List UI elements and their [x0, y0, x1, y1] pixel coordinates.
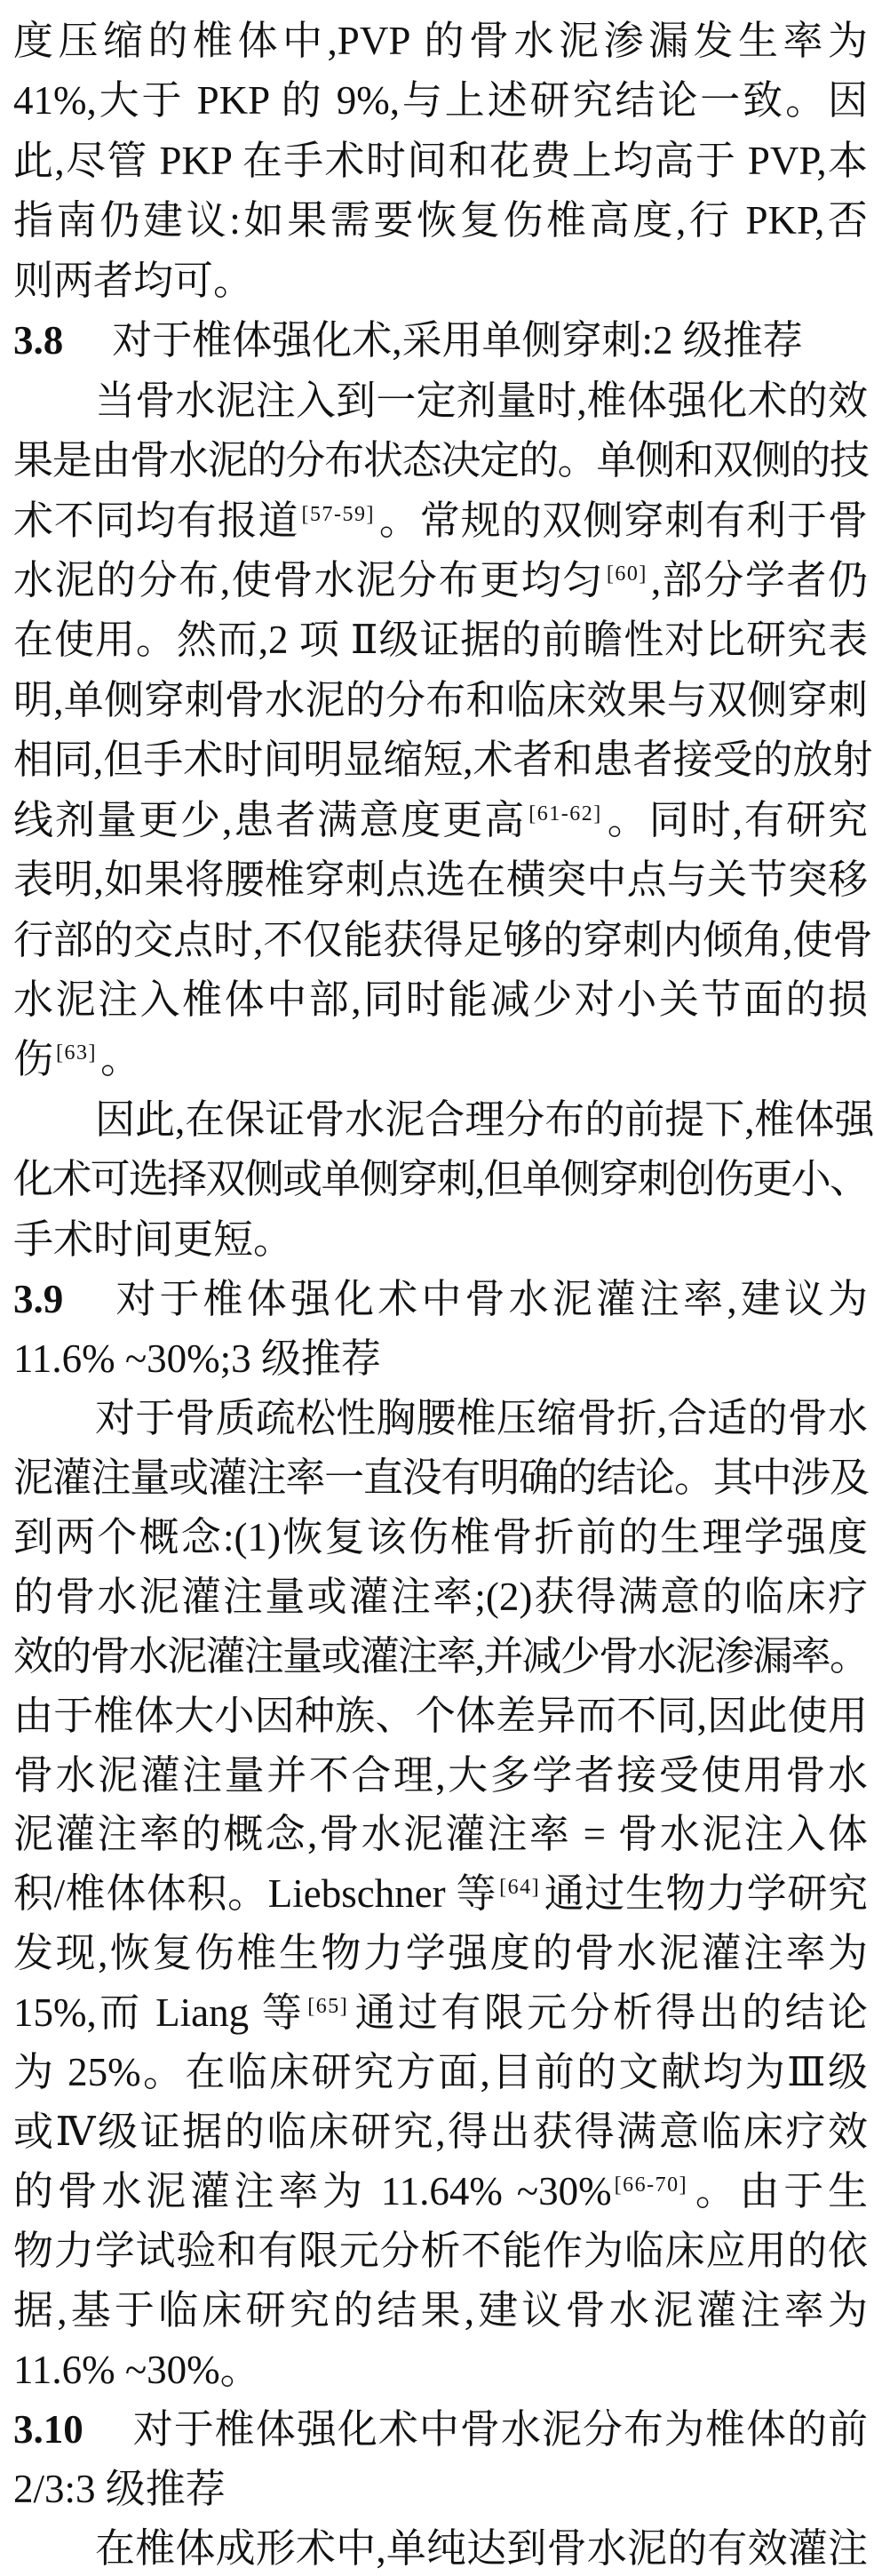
text-segment: 的骨水泥灌注率为 11.64% ~30%	[13, 2169, 612, 2213]
text-line: 到两个概念:(1)恢复该伤椎骨折前的生理学强度	[13, 1508, 868, 1567]
text-line: 度压缩的椎体中,PVP 的骨水泥渗漏发生率为	[13, 12, 868, 71]
text-segment: 术不同均有报道	[13, 498, 298, 543]
section-title-continued: 2/3:3 级推荐	[13, 2460, 868, 2519]
text-line: 因此,在保证骨水泥合理分布的前提下,椎体强	[13, 1090, 868, 1150]
section-number: 3.10	[13, 2407, 83, 2452]
text-block-upper: 度压缩的椎体中,PVP 的骨水泥渗漏发生率为 41%,大于 PKP 的 9%,与…	[13, 12, 868, 1270]
text-segment: 。	[100, 1037, 140, 1081]
text-line: 化术可选择双侧或单侧穿刺,但单侧穿刺创伤更小、	[13, 1150, 868, 1209]
text-segment: 。同时,有研究	[606, 798, 868, 842]
text-line: 骨水泥灌注量并不合理,大多学者接受使用骨水	[13, 1746, 868, 1806]
text-line: 为 25%。在临床研究方面,目前的文献均为Ⅲ级	[13, 2043, 868, 2102]
section-heading: 3.8对于椎体强化术,采用单侧穿刺:2 级推荐	[13, 311, 868, 371]
text-segment: 。常规的双侧穿刺有利于骨	[378, 498, 868, 543]
text-segment: 积/椎体体积。Liebschner 等	[13, 1871, 497, 1916]
citation-ref: [66-70]	[615, 2173, 687, 2197]
text-line: 指南仍建议:如果需要恢复伤椎高度,行 PKP,否	[13, 191, 868, 251]
text-line: 伤[63]。	[13, 1030, 868, 1089]
text-line: 泥灌注率的概念,骨水泥灌注率 = 骨水泥注入体	[13, 1805, 868, 1864]
text-segment: 通过有限元分析得出的结论	[352, 1990, 868, 2035]
continuation-paragraph: 度压缩的椎体中,PVP 的骨水泥渗漏发生率为 41%,大于 PKP 的 9%,与…	[13, 12, 868, 311]
document-page: 度压缩的椎体中,PVP 的骨水泥渗漏发生率为 41%,大于 PKP 的 9%,与…	[0, 0, 868, 2576]
text-line: 表明,如果将腰椎穿刺点选在横突中点与关节突移	[13, 850, 868, 910]
text-line: 发现,恢复伤椎生物力学强度的骨水泥灌注率为	[13, 1924, 868, 1983]
paragraph: 对于骨质疏松性胸腰椎压缩骨折,合适的骨水 泥灌注量或灌注率一直没有明确的结论。其…	[13, 1389, 868, 2400]
text-line: 在使用。然而,2 项 Ⅱ级证据的前瞻性对比研究表	[13, 610, 868, 670]
text-block-lower: 3.9对于椎体强化术中骨水泥灌注率,建议为 11.6% ~30%;3 级推荐 对…	[13, 1270, 868, 2576]
citation-ref: [60]	[607, 562, 648, 586]
paragraph: 在椎体成形术中,单纯达到骨水泥的有效灌注	[13, 2519, 868, 2576]
citation-ref: [65]	[307, 1995, 348, 2018]
section-title: 对于椎体强化术,采用单侧穿刺:2 级推荐	[112, 318, 803, 363]
section-title: 对于椎体强化术中骨水泥分布为椎体的前	[132, 2407, 868, 2452]
section-number: 3.9	[13, 1277, 63, 1321]
section-heading: 3.10对于椎体强化术中骨水泥分布为椎体的前	[13, 2400, 868, 2460]
text-segment: 通过生物力学研究	[544, 1871, 868, 1916]
text-line: 线剂量更少,患者满意度更高[61-62]。同时,有研究	[13, 791, 868, 850]
text-line: 术不同均有报道[57-59]。常规的双侧穿刺有利于骨	[13, 491, 868, 551]
text-line: 在椎体成形术中,单纯达到骨水泥的有效灌注	[13, 2519, 868, 2576]
citation-ref: [63]	[56, 1041, 97, 1065]
text-line: 相同,但手术时间明显缩短,术者和患者接受的放射	[13, 730, 868, 790]
text-line: 物力学试验和有限元分析不能作为临床应用的依	[13, 2221, 868, 2281]
text-line: 水泥注入椎体中部,同时能减少对小关节面的损	[13, 970, 868, 1030]
text-segment: 15%,而 Liang 等	[13, 1990, 305, 2035]
text-line: 对于骨质疏松性胸腰椎压缩骨折,合适的骨水	[13, 1389, 868, 1448]
text-line: 此,尽管 PKP 在手术时间和花费上均高于 PVP,本	[13, 132, 868, 191]
text-line: 15%,而 Liang 等[65]通过有限元分析得出的结论	[13, 1983, 868, 2043]
text-line: 泥灌注量或灌注率一直没有明确的结论。其中涉及	[13, 1448, 868, 1508]
text-segment: 线剂量更少,患者满意度更高	[13, 798, 526, 842]
text-line: 11.6% ~30%。	[13, 2341, 868, 2400]
section-heading: 3.9对于椎体强化术中骨水泥灌注率,建议为	[13, 1270, 868, 1329]
text-line: 的骨水泥灌注率为 11.64% ~30%[66-70]。由于生	[13, 2162, 868, 2221]
text-segment: 。由于生	[691, 2169, 868, 2213]
text-line: 或Ⅳ级证据的临床研究,得出获得满意临床疗效	[13, 2102, 868, 2162]
text-segment: 伤	[13, 1037, 53, 1081]
text-segment: ,部分学者仍	[651, 558, 868, 602]
section-number: 3.8	[13, 318, 63, 363]
text-line: 积/椎体体积。Liebschner 等[64]通过生物力学研究	[13, 1864, 868, 1924]
section-title: 对于椎体强化术中骨水泥灌注率,建议为	[112, 1277, 868, 1321]
section-3-8: 3.8对于椎体强化术,采用单侧穿刺:2 级推荐 当骨水泥注入到一定剂量时,椎体强…	[13, 311, 868, 1270]
section-title-continued: 11.6% ~30%;3 级推荐	[13, 1329, 868, 1389]
section-3-10: 3.10对于椎体强化术中骨水泥分布为椎体的前 2/3:3 级推荐 在椎体成形术中…	[13, 2400, 868, 2576]
text-line: 据,基于临床研究的结果,建议骨水泥灌注率为	[13, 2281, 868, 2341]
text-line: 明,单侧穿刺骨水泥的分布和临床效果与双侧穿刺	[13, 671, 868, 730]
section-3-9: 3.9对于椎体强化术中骨水泥灌注率,建议为 11.6% ~30%;3 级推荐 对…	[13, 1270, 868, 2400]
text-line: 效的骨水泥灌注量或灌注率,并减少骨水泥渗漏率。	[13, 1627, 868, 1687]
citation-ref: [57-59]	[301, 503, 374, 526]
text-line: 41%,大于 PKP 的 9%,与上述研究结论一致。因	[13, 71, 868, 131]
text-line: 则两者均可。	[13, 251, 868, 311]
citation-ref: [61-62]	[528, 802, 601, 825]
text-line: 水泥的分布,使骨水泥分布更均匀[60],部分学者仍	[13, 551, 868, 610]
text-line: 果是由骨水泥的分布状态决定的。单侧和双侧的技	[13, 431, 868, 490]
text-line: 当骨水泥注入到一定剂量时,椎体强化术的效	[13, 371, 868, 431]
paragraph: 当骨水泥注入到一定剂量时,椎体强化术的效 果是由骨水泥的分布状态决定的。单侧和双…	[13, 371, 868, 1090]
paragraph: 因此,在保证骨水泥合理分布的前提下,椎体强 化术可选择双侧或单侧穿刺,但单侧穿刺…	[13, 1090, 868, 1270]
text-line: 行部的交点时,不仅能获得足够的穿刺内倾角,使骨	[13, 911, 868, 970]
text-segment: 水泥的分布,使骨水泥分布更均匀	[13, 558, 604, 602]
citation-ref: [64]	[499, 1876, 540, 1899]
text-line: 手术时间更短。	[13, 1210, 868, 1270]
text-line: 的骨水泥灌注量或灌注率;(2)获得满意的临床疗	[13, 1567, 868, 1627]
text-line: 由于椎体大小因种族、个体差异而不同,因此使用	[13, 1687, 868, 1746]
